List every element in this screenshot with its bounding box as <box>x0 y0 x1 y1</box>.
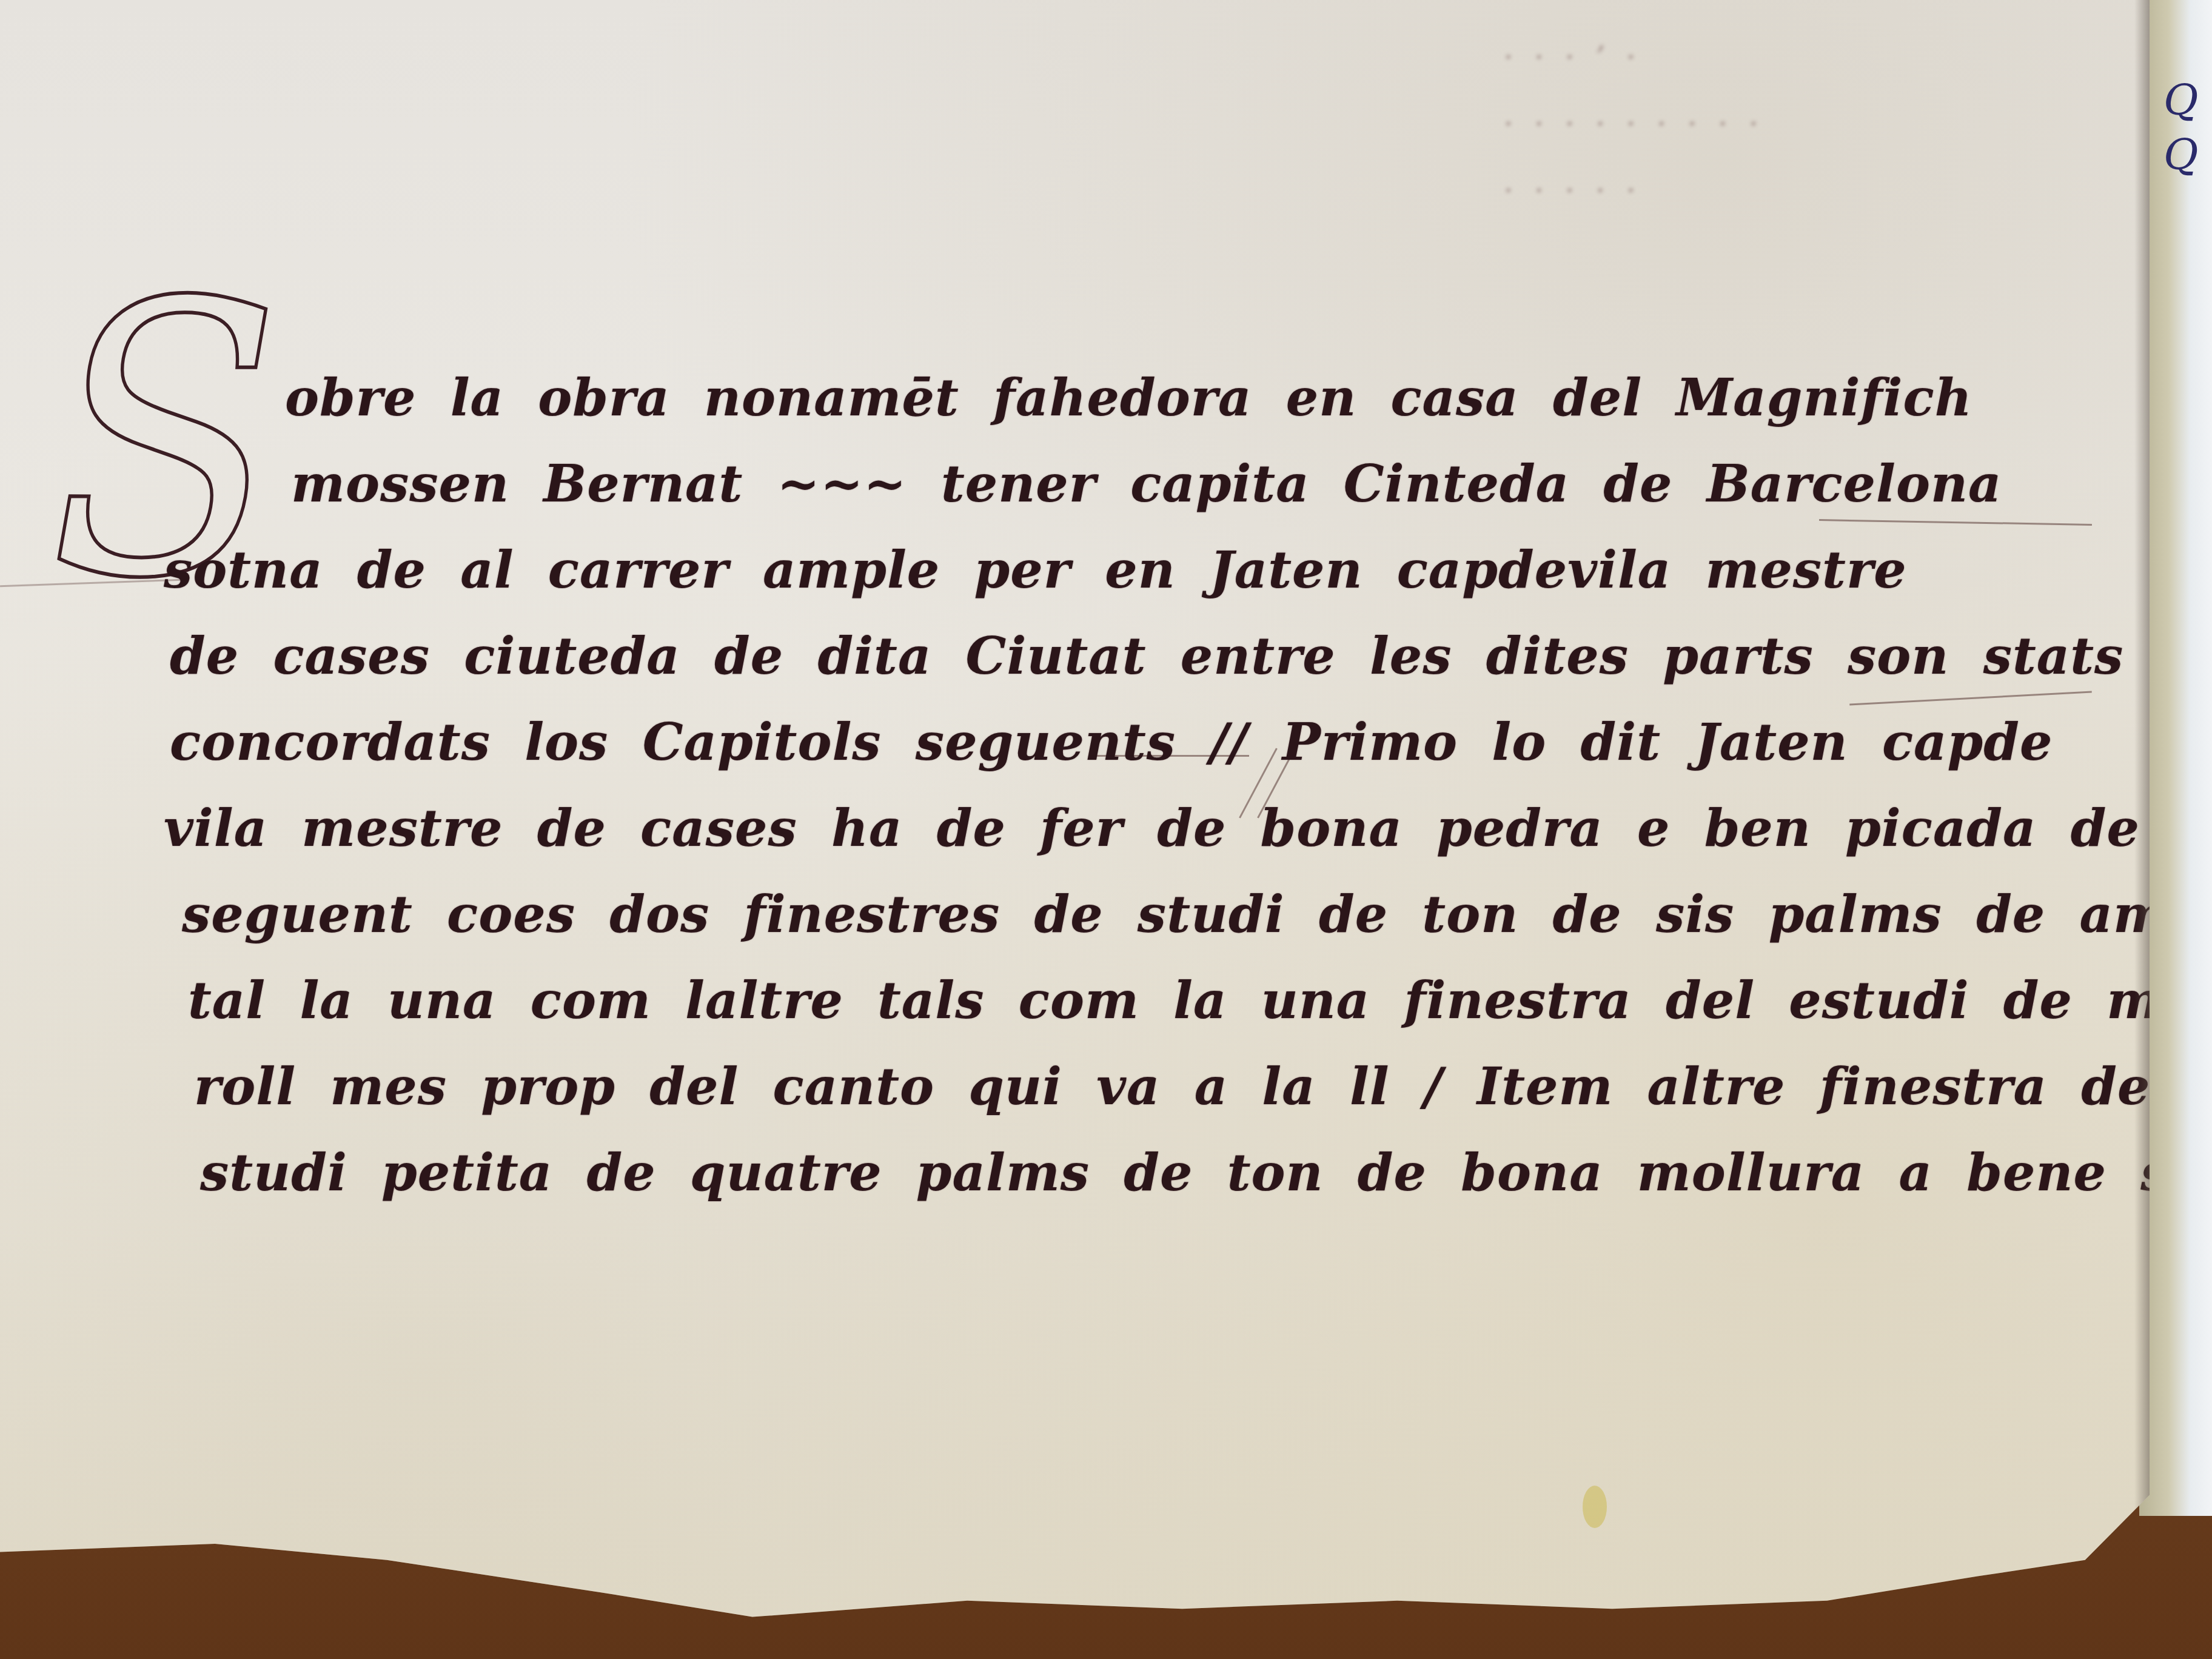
text-line: seguent coes dos finestres de studi de t… <box>164 871 2134 957</box>
adjacent-page-ink: Q Q <box>2163 73 2200 206</box>
text-line: mossen Bernat ~~~ tener capita Cinteda d… <box>164 441 2134 527</box>
adjacent-book-page: Q Q <box>2139 0 2212 1516</box>
page-edge-shadow <box>2134 0 2150 1577</box>
manuscript-text: obre la obra nonamēt fahedora en casa de… <box>164 355 2134 1216</box>
faded-heading: · · · ’ · · · · · · · · · · · · · · · <box>1504 24 2110 224</box>
text-line: obre la obra nonamēt fahedora en casa de… <box>164 355 2134 441</box>
text-line: vila mestre de cases ha de fer de bona p… <box>164 785 2134 871</box>
text-line: sotna de al carrer ample per en Jaten ca… <box>164 527 2134 613</box>
parchment-page: · · · ’ · · · · · · · · · · · · · · · S … <box>0 0 2150 1625</box>
parchment-stain <box>1583 1486 1607 1528</box>
faded-heading-line: · · · ’ · <box>1504 24 2110 91</box>
text-line: de cases ciuteda de dita Ciutat entre le… <box>164 613 2134 699</box>
faded-heading-line: · · · · · <box>1504 158 2110 224</box>
text-line: tal la una com laltre tals com la una fi… <box>164 957 2134 1044</box>
text-line: roll mes prop del canto qui va a la ll /… <box>164 1044 2134 1130</box>
faded-heading-line: · · · · · · · · · <box>1504 91 2110 158</box>
text-line: studi petita de quatre palms de ton de b… <box>164 1130 2134 1216</box>
text-line: concordats los Capitols seguents // Prim… <box>164 699 2134 785</box>
